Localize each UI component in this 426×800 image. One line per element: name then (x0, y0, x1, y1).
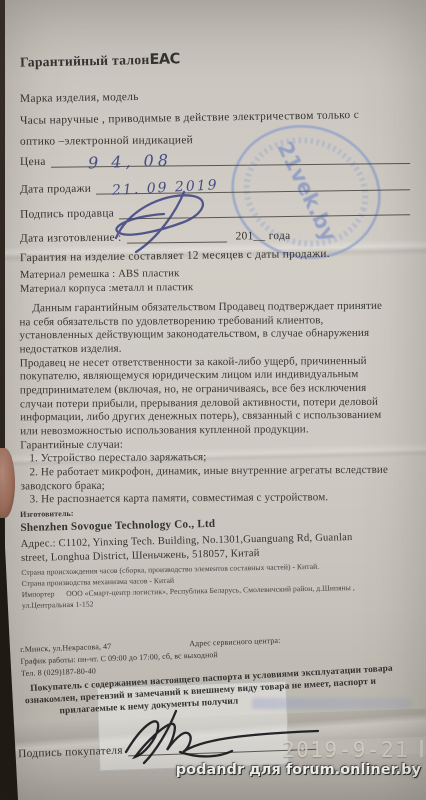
mfg-date-label: Дата изготовление : (20, 232, 122, 245)
paragraph-line: установленных действующим законодательст… (19, 327, 415, 343)
legal-text: Данным гарантийным обязательством Продав… (19, 300, 416, 508)
forum-watermark: podandr для forum.onliner.by (176, 762, 421, 778)
brand-label: Марка изделия, модель (20, 91, 139, 105)
document-title: Гарантийный талон (20, 52, 150, 70)
eac-mark: ЕАС (149, 51, 180, 68)
warranty-case-2: 2. Не работает микрофон, динамик, иные в… (20, 463, 416, 479)
sale-date-label: Дата продажи (20, 183, 91, 196)
service-center-label: Адрес сервисного центра: (189, 636, 280, 648)
service-address: г.Минск, ул.Некрасова, 47 (20, 642, 111, 654)
mfg-date-suffix: 201__ года (235, 230, 290, 243)
product-description-line2: оптико –электронной индикацией (20, 134, 193, 148)
camera-date-partial-digit (420, 740, 423, 757)
strap-material-line: Материал ремешка : ABS пластик (20, 268, 180, 281)
case-material-line: Материал корпуса :металл и пластик (20, 282, 193, 295)
price-label: Цена (20, 156, 46, 168)
manufacturer-block: Изготовитель: Shenzhen Sovogue Technolog… (20, 502, 422, 610)
price-handwritten: 9 4, 08 (88, 151, 173, 173)
warranty-card-photo: 21vek.by Гарантийный талонЕАС Марка изде… (0, 0, 426, 800)
seller-signature-ink (96, 186, 226, 258)
camera-date-stamp: 2019-9-21 (282, 738, 409, 762)
header: Гарантийный талонЕАС (20, 50, 180, 71)
paragraph-line: информации, либо других денежных потерь)… (20, 409, 416, 425)
mfg-date-line (126, 228, 226, 244)
thumb-holding-paper (0, 448, 15, 518)
paragraph-line: Данным гарантийным обязательством Продав… (19, 300, 415, 316)
